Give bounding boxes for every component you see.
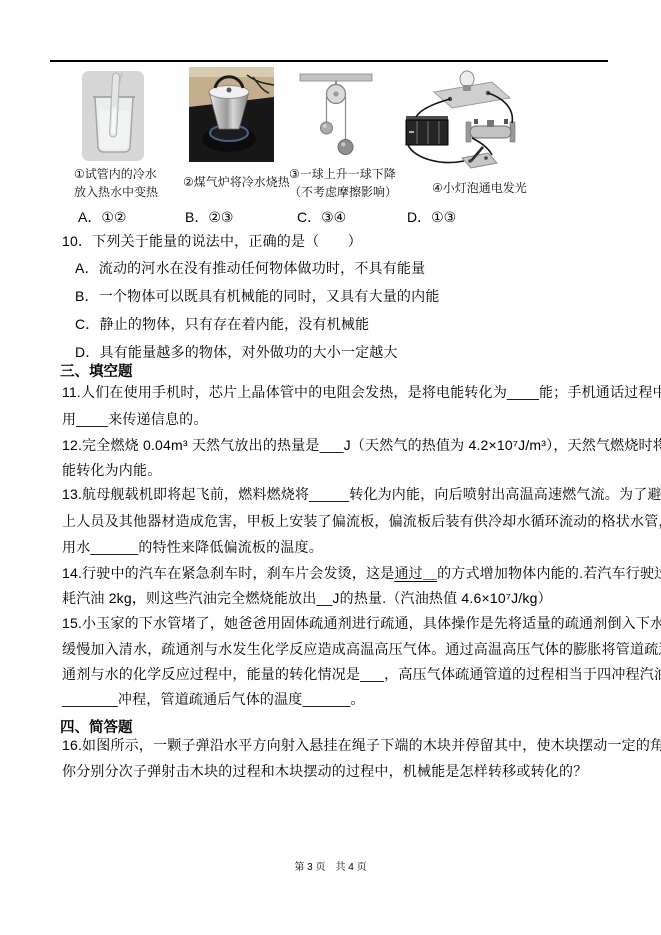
page-number: 第 3 页 共 4 页: [0, 858, 661, 873]
q15-line-2: 缓慢加入清水，疏通剂与水发生化学反应造成高温高压气体。通过高温高压气体的膨胀将管…: [62, 640, 661, 659]
figure-1-caption: ①试管内的冷水 放入热水中变热: [74, 165, 158, 201]
header-rule: [50, 60, 608, 62]
figure-4-caption: ④小灯泡通电发光: [432, 179, 527, 197]
q14-line-2: 耗汽油 2kg，则这些汽油完全燃烧能放出__J的热量.（汽油热值 4.6×10⁷…: [62, 589, 552, 608]
figure-3-caption: ③一球上升一球下降 （不考虑摩擦影响）: [289, 165, 397, 201]
section-short-answer-title: 四、简答题: [60, 716, 133, 737]
q14-answer-blank: 通过＿: [394, 565, 437, 581]
q16-line-1: 16.如图所示，一颗子弹沿水平方向射入悬挂在绳子下端的木块并停留其中，使木块摆动…: [62, 736, 661, 755]
figure-4-caption-line1: ④小灯泡通电发光: [432, 179, 527, 197]
figure-3-caption-line1: ③一球上升一球下降: [289, 165, 397, 183]
q15-line-3: 通剂与水的化学反应过程中，能量的转化情况是___，高压气体疏通管道的过程相当于四…: [62, 665, 661, 684]
q16-line-2: 你分别分次子弹射击木块的过程和木块摆动的过程中，机械能是怎样转移或转化的？: [62, 762, 587, 781]
figure-1-caption-line2: 放入热水中变热: [74, 183, 158, 201]
figure-2-stove-photo: [189, 67, 274, 167]
q13-line-1: 13.航母舰载机即将起飞前，燃料燃烧将_____转化为内能，向后喷射出高温高速燃…: [62, 485, 661, 504]
q13-line-2: 上人员及其他器材造成危害，甲板上安装了偏流板，偏流板后装有供冷却水循环流动的格状…: [62, 512, 661, 531]
figure-3-pulley-diagram: [299, 67, 373, 167]
figure-1-caption-line1: ①试管内的冷水: [74, 165, 158, 183]
figure-3-caption-line2: （不考虑摩擦影响）: [289, 183, 397, 201]
q15-line-4: _______冲程，管道疏通后气体的温度______。: [62, 690, 365, 709]
beaker-testtube-illustration: [82, 71, 144, 161]
gas-stove-illustration: [189, 67, 274, 162]
q14-line-1: 14.行驶中的汽车在紧急刹车时，刹车片会发烫，这是通过＿的方式增加物体内能的.若…: [62, 564, 661, 583]
q11-line-1: 11.人们在使用手机时，芯片上晶体管中的电阻会发热，是将电能转化为____能；手…: [62, 383, 661, 402]
q9-option-d: D．①③: [407, 207, 456, 227]
figure-1-beaker-photo: [82, 71, 144, 166]
figure-2-caption-line1: ②煤气炉将冷水烧热: [183, 173, 290, 191]
q10-option-b: B．一个物体可以既具有机械能的同时，又具有大量的内能: [75, 287, 440, 306]
q12-line-2: 能转化为内能。: [62, 461, 161, 480]
exam-page: ①试管内的冷水 放入热水中变热 ②煤气炉将冷水烧热: [0, 0, 661, 935]
q10-option-a: A．流动的河水在没有推动任何物体做功时，不具有能量: [75, 259, 425, 278]
q9-option-c: C．③④: [297, 207, 346, 227]
bulb-circuit-illustration: [404, 70, 517, 173]
figure-2-caption: ②煤气炉将冷水烧热: [183, 173, 290, 191]
q13-line-3: 用水______的特性来降低偏流板的温度。: [62, 538, 323, 557]
q12-line-1: 12.完全燃烧 0.04m³ 天然气放出的热量是___J（天然气的热值为 4.2…: [62, 436, 661, 455]
q11-line-2: 用____来传递信息的。: [62, 410, 208, 429]
pulley-illustration: [299, 67, 373, 162]
q15-line-1: 15.小玉家的下水管堵了，她爸爸用固体疏通剂进行疏通，具体操作是先将适量的疏通剂…: [62, 614, 661, 633]
q14-line-1-pre: 14.行驶中的汽车在紧急刹车时，刹车片会发烫，这是: [62, 565, 394, 581]
figure-4-circuit-diagram: [404, 70, 517, 178]
q9-option-b: B．②③: [185, 207, 233, 227]
q9-option-a: A．①②: [78, 207, 126, 227]
section-fill-in-blank-title: 三、填空题: [60, 360, 133, 381]
q10-stem: 10．下列关于能量的说法中，正确的是（ ）: [62, 232, 362, 251]
q14-line-1-post: 的方式增加物体内能的.若汽车行驶过程中消: [437, 565, 661, 581]
q10-option-c: C．静止的物体，只有存在着内能，没有机械能: [75, 315, 369, 334]
